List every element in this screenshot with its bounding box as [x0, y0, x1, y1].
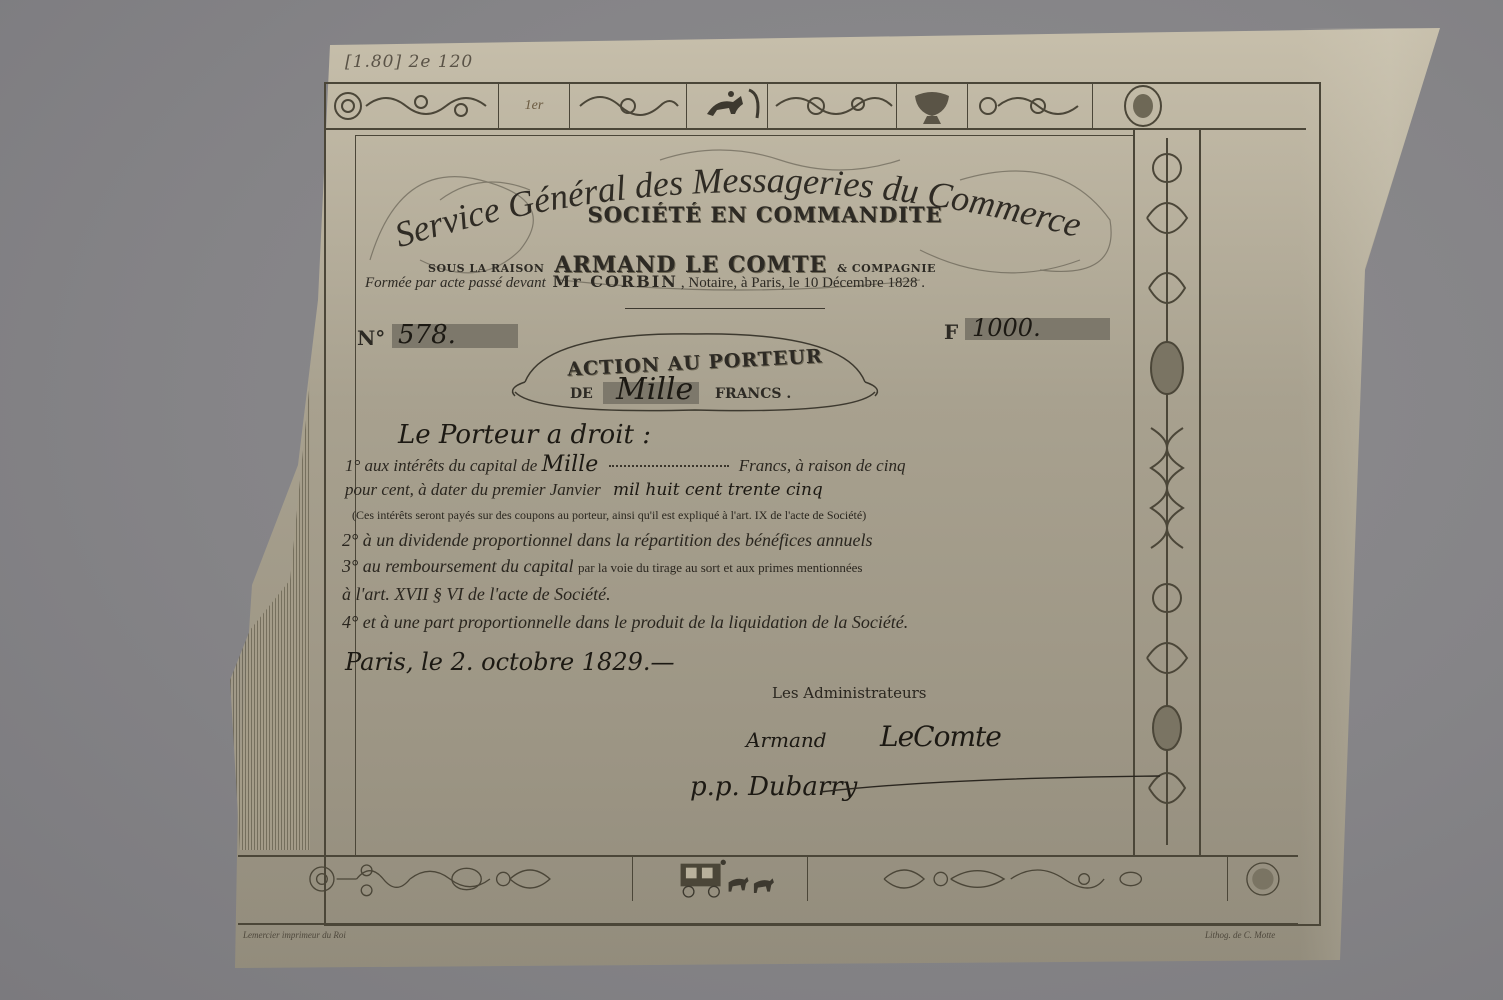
- ornament-foliage-icon: [238, 857, 633, 901]
- archive-pencil-note: [1.80] 2e 120: [345, 52, 473, 72]
- series-mark: 1er: [525, 98, 544, 114]
- clause-1-line-1: 1° aux intérêts du capital de Mille Fran…: [345, 452, 905, 477]
- ornament-foliage-icon: [570, 84, 687, 128]
- administrators-label: Les Administrateurs: [772, 684, 927, 702]
- right-ornament-border: [1133, 128, 1201, 855]
- signature-lecomte: LeComte: [880, 720, 1001, 753]
- top-ornament-border: 1er: [326, 84, 1306, 130]
- clause-1-text-c: pour cent, à dater du premier Janvier: [345, 480, 601, 499]
- bottom-ornament-border: [238, 855, 1298, 925]
- urn-icon: [897, 84, 968, 128]
- company-form: SOCIÉTÉ EN COMMANDITE: [530, 202, 1000, 227]
- formation-suffix: , Notaire, à Paris, le 10 Décembre 1828 …: [681, 275, 925, 291]
- de-label: DE: [570, 386, 593, 402]
- stagecoach-icon: [633, 857, 809, 901]
- signature-armand: Armand: [746, 728, 827, 752]
- number-label: N°: [357, 326, 385, 350]
- place-and-date: Paris, le 2. octobre 1829.—: [345, 648, 675, 676]
- series-cell: 1er: [499, 84, 570, 128]
- certificate-amount: 1000.: [972, 314, 1041, 342]
- clause-4: 4° et à une part proportionnelle dans le…: [342, 612, 908, 633]
- left-guilloche-border: [230, 380, 310, 850]
- clause-2: 2° à un dividende proportionnel dans la …: [342, 530, 872, 551]
- formation-prefix: Formée par acte passé devant: [365, 275, 546, 291]
- clause-3-line-2: à l'art. XVII § VI de l'acte de Société.: [342, 584, 611, 605]
- clause-1-text-a: 1° aux intérêts du capital de: [345, 456, 537, 475]
- amount-label: F: [944, 320, 958, 344]
- signature-underline-flourish: [820, 770, 1180, 800]
- certificate-number: 578.: [398, 320, 456, 350]
- ornament-foliage-icon: [768, 84, 897, 128]
- clause-3-line-1: 3° au remboursement du capital par la vo…: [342, 556, 862, 577]
- printer-imprint-right: Lithog. de C. Motte: [1205, 930, 1275, 940]
- clause-3-text-a: 3° au remboursement du capital: [342, 556, 574, 576]
- printer-imprint-left: Lemercier imprimeur du Roi: [243, 930, 346, 940]
- wavy-fill-line: [609, 465, 729, 467]
- clause-1-line-2: pour cent, à dater du premier Janvier mi…: [345, 480, 823, 500]
- ornament-scroll-icon: [968, 84, 1093, 128]
- bearer-intro: Le Porteur a droit :: [398, 420, 651, 450]
- clause-1-date-handwritten: mil huit cent trente cinq: [613, 480, 823, 500]
- divider-rule: [625, 308, 825, 309]
- rosette-icon: [1228, 857, 1298, 901]
- francs-label: FRANCS .: [715, 386, 791, 402]
- notary-name: Mr CORBIN: [553, 272, 678, 291]
- clause-1-text-b: Francs, à raison de cinq: [739, 456, 906, 475]
- horse-rider-icon: [687, 84, 768, 128]
- denomination-value: Mille: [616, 372, 693, 407]
- clause-3-text-b: par la voie du tirage au sort et aux pri…: [578, 560, 862, 575]
- formation-line: Formée par acte passé devant Mr CORBIN, …: [365, 272, 1125, 292]
- ornament-foliage-icon: [808, 857, 1228, 901]
- clause-1-capital-handwritten: Mille: [542, 452, 599, 477]
- clause-1-note: (Ces intérêts seront payés sur des coupo…: [352, 508, 866, 523]
- caduceus-candelabra-icon: [1135, 128, 1199, 855]
- ornament-scroll-icon: [326, 84, 499, 128]
- rosette-icon: [1093, 84, 1193, 128]
